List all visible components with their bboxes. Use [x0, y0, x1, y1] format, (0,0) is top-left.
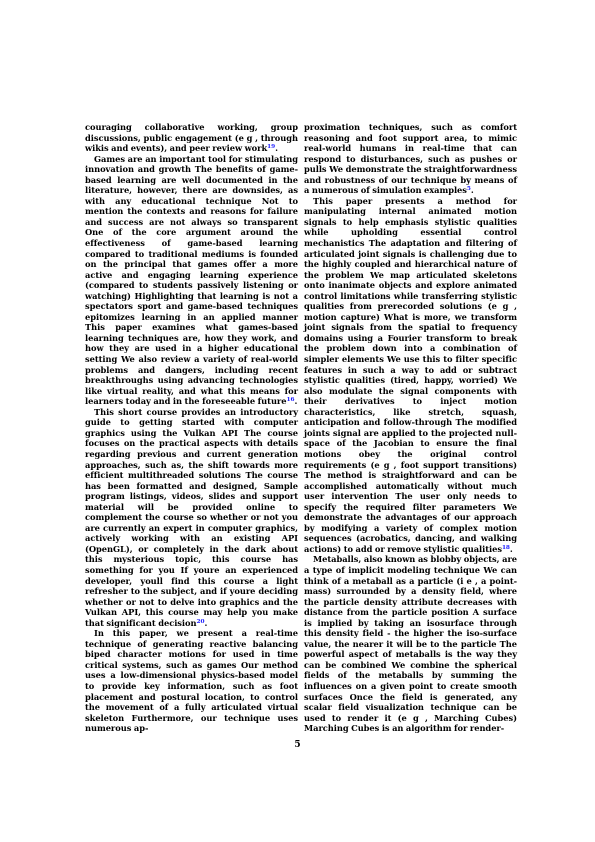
paragraph: In this paper, we present a real-time te… — [85, 628, 298, 733]
citation-link[interactable]: 18 — [502, 545, 510, 551]
paragraph-text: This paper presents a method for manipul… — [304, 196, 517, 554]
punctuation: . — [204, 618, 207, 628]
paragraph: This short course provides an introducto… — [85, 407, 298, 628]
punctuation: . — [471, 185, 474, 195]
paragraph-text: In this paper, we present a real-time te… — [85, 628, 298, 733]
paragraph-text: proximation techniques, such as comfort … — [304, 122, 517, 195]
paragraph: This paper presents a method for manipul… — [304, 196, 517, 555]
page-number: 5 — [0, 740, 595, 750]
citation-link[interactable]: 19 — [267, 144, 275, 150]
paragraph-text: This short course provides an introducto… — [85, 407, 298, 628]
paragraph: Metaballs, also known as blobby objects,… — [304, 554, 517, 733]
paragraph: couraging collaborative working, group d… — [85, 122, 298, 154]
punctuation: . — [294, 396, 297, 406]
punctuation: . — [510, 544, 513, 554]
punctuation: . — [275, 143, 278, 153]
left-column: couraging collaborative working, group d… — [85, 122, 298, 734]
paragraph-text: Games are an important tool for stimulat… — [85, 154, 298, 407]
paragraph-text: Metaballs, also known as blobby objects,… — [304, 554, 517, 733]
paragraph: proximation techniques, such as comfort … — [304, 122, 517, 196]
paragraph: Games are an important tool for stimulat… — [85, 154, 298, 407]
document-page: couraging collaborative working, group d… — [0, 0, 595, 842]
right-column: proximation techniques, such as comfort … — [304, 122, 517, 734]
